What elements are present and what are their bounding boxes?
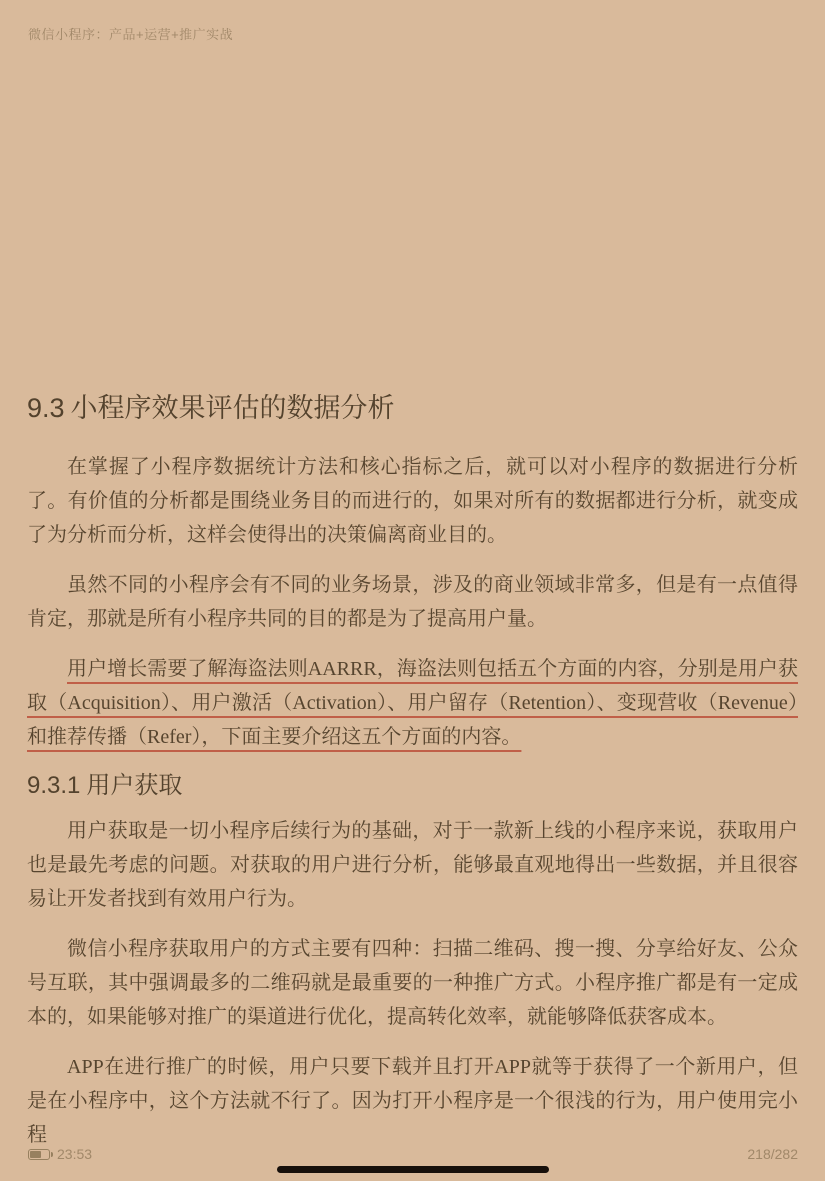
battery-nub bbox=[51, 1152, 54, 1157]
highlighted-paragraph[interactable]: 用户增长需要了解海盗法则AARRR，海盗法则包括五个方面的内容，分别是用户获取（… bbox=[27, 652, 798, 754]
section-title: 小程序效果评估的数据分析 bbox=[71, 393, 395, 423]
paragraph: 微信小程序获取用户的方式主要有四种：扫描二维码、搜一搜、分享给好友、公众号互联，… bbox=[27, 932, 798, 1034]
paragraph: 用户获取是一切小程序后续行为的基础，对于一款新上线的小程序来说，获取用户也是最先… bbox=[27, 814, 798, 916]
book-title-header: 微信小程序：产品+运营+推广实战 bbox=[28, 24, 233, 43]
page-number-indicator: 218/282 bbox=[747, 1146, 798, 1162]
battery-fill-level bbox=[30, 1151, 41, 1158]
subsection-heading: 9.3.1用户获取 bbox=[27, 770, 798, 802]
ebook-reader-page: 微信小程序：产品+运营+推广实战 9.3小程序效果评估的数据分析 在掌握了小程序… bbox=[0, 0, 825, 1181]
clock-time: 23:53 bbox=[57, 1146, 92, 1162]
section-number: 9.3 bbox=[27, 393, 65, 423]
paragraph-truncated: APP在进行推广的时候，用户只要下载并且打开APP就等于获得了一个新用户，但是在… bbox=[27, 1050, 798, 1152]
subsection-number: 9.3.1 bbox=[27, 772, 80, 799]
home-indicator-bar[interactable] bbox=[277, 1166, 549, 1173]
status-bar-left: 23:53 bbox=[28, 1146, 92, 1162]
paragraph: 在掌握了小程序数据统计方法和核心指标之后，就可以对小程序的数据进行分析了。有价值… bbox=[27, 450, 798, 552]
page-content: 9.3小程序效果评估的数据分析 在掌握了小程序数据统计方法和核心指标之后，就可以… bbox=[27, 390, 798, 1168]
subsection-title: 用户获取 bbox=[86, 773, 182, 799]
paragraph: 虽然不同的小程序会有不同的业务场景，涉及的商业领域非常多，但是有一点值得肯定，那… bbox=[27, 568, 798, 636]
section-heading: 9.3小程序效果评估的数据分析 bbox=[27, 390, 798, 426]
battery-icon bbox=[28, 1149, 50, 1160]
